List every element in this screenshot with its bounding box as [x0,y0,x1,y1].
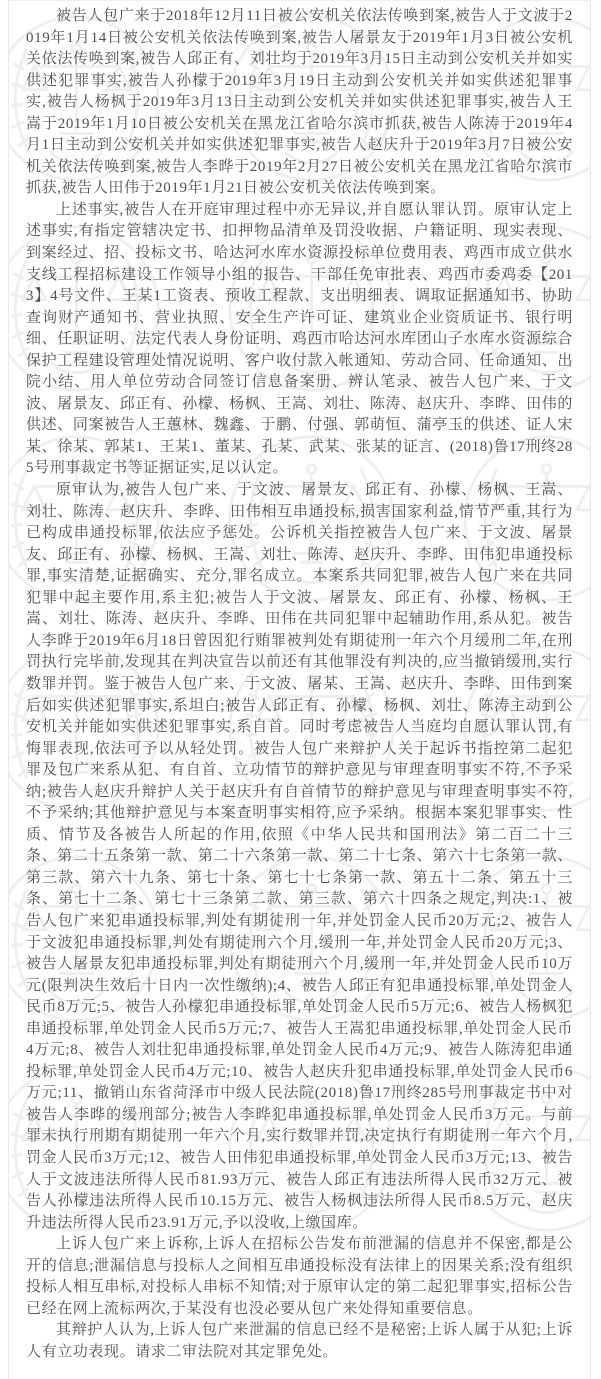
judgment-text: 被告人包广来于2018年12月11日被公安机关依法传唤到案,被告人于文波于201… [9,1,590,1379]
paragraph-summons-arrest-facts: 被告人包广来于2018年12月11日被公安机关依法传唤到案,被告人于文波于201… [26,6,573,200]
judgment-document-page: 被告人包广来于2018年12月11日被公安机关依法传唤到案,被告人于文波于201… [8,0,591,1379]
paragraph-appellant-claims: 上诉人包广来上诉称,上诉人在招标公告发布前泄漏的信息并不保密,都是公开的信息;泄… [26,1234,573,1320]
paragraph-evidence-list: 上述事实,被告人在开庭审理过程中亦无异议,并自愿认罪认罚。原审认定上述事实,有指… [26,200,573,480]
paragraph-defender-opinion: 其辩护人认为,上诉人包广来泄漏的信息已经不是秘密;上诉人属于从犯;上诉人有立功表… [26,1320,573,1363]
paragraph-original-ruling: 原审认为,被告人包广来、于文波、屠景友、邱正有、孙檬、杨枫、王嵩、刘壮、陈涛、赵… [26,480,573,1234]
